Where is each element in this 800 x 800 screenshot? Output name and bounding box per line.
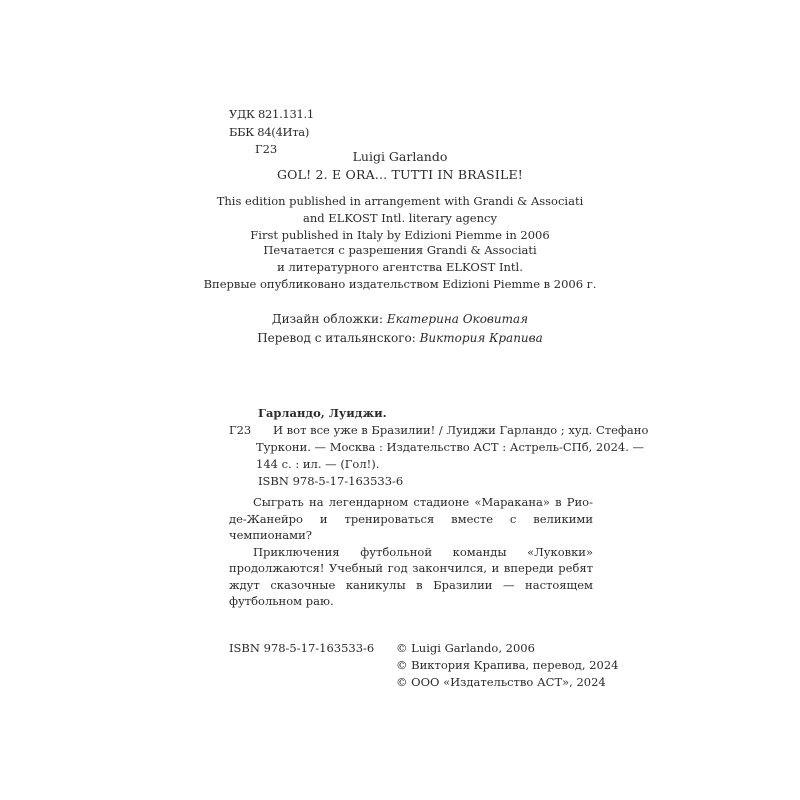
bibliographic-line: 144 с. : ил. — (Гол!). <box>256 456 593 473</box>
original-author: Luigi Garlando <box>230 148 570 166</box>
bibliographic-isbn: ISBN 978-5-17-163533-6 <box>258 473 403 490</box>
credit-role: Перевод с итальянского: <box>257 331 419 345</box>
credit-translation: Перевод с итальянского: Виктория Крапива <box>200 329 600 348</box>
edition-en-line: This edition published in arrangement wi… <box>200 193 600 210</box>
bbk-code: ББК 84(4Ита) <box>229 124 309 141</box>
footer-isbn: ISBN 978-5-17-163533-6 <box>229 640 374 657</box>
edition-notice-english: This edition published in arrangement wi… <box>200 193 600 244</box>
bibliographic-line: И вот все уже в Бразилии! / Луиджи Гарла… <box>273 422 593 439</box>
credit-name: Виктория Крапива <box>420 331 543 345</box>
credit-cover-design: Дизайн обложки: Екатерина Оковитая <box>200 310 600 329</box>
bibliographic-sign: Г23 <box>229 422 251 439</box>
bibliographic-line: Туркони. — Москва : Издательство АСТ : А… <box>256 439 593 456</box>
credit-role: Дизайн обложки: <box>272 312 387 326</box>
copyright-page: УДК 821.131.1 ББК 84(4Ита) Г23 Luigi Gar… <box>0 0 800 800</box>
copyright-line: © ООО «Издательство АСТ», 2024 <box>396 674 618 691</box>
original-title: GOL! 2. E ORA... TUTTI IN BRASILE! <box>200 166 600 184</box>
copyright-line: © Luigi Garlando, 2006 <box>396 640 618 657</box>
copyright-notices: © Luigi Garlando, 2006 © Виктория Крапив… <box>396 640 618 691</box>
credits: Дизайн обложки: Екатерина Оковитая Перев… <box>200 310 600 348</box>
bibliographic-description: И вот все уже в Бразилии! / Луиджи Гарла… <box>273 422 593 473</box>
edition-ru-line: Печатается с разрешения Grandi & Associa… <box>200 242 600 259</box>
annotation: Сыграть на легендарном стадионе «Маракан… <box>229 494 593 610</box>
edition-ru-line: Впервые опубликовано издательством Edizi… <box>200 276 600 293</box>
edition-en-line: and ELKOST Intl. literary agency <box>200 210 600 227</box>
udk-code: УДК 821.131.1 <box>229 106 314 123</box>
edition-notice-russian: Печатается с разрешения Grandi & Associa… <box>200 242 600 293</box>
annotation-paragraph: Приключения футбольной команды «Луковки»… <box>229 544 593 610</box>
credit-name: Екатерина Оковитая <box>387 312 528 326</box>
bibliographic-heading: Гарландо, Луиджи. <box>258 405 387 422</box>
copyright-line: © Виктория Крапива, перевод, 2024 <box>396 657 618 674</box>
edition-ru-line: и литературного агентства ELKOST Intl. <box>200 259 600 276</box>
annotation-paragraph: Сыграть на легендарном стадионе «Маракан… <box>229 494 593 544</box>
